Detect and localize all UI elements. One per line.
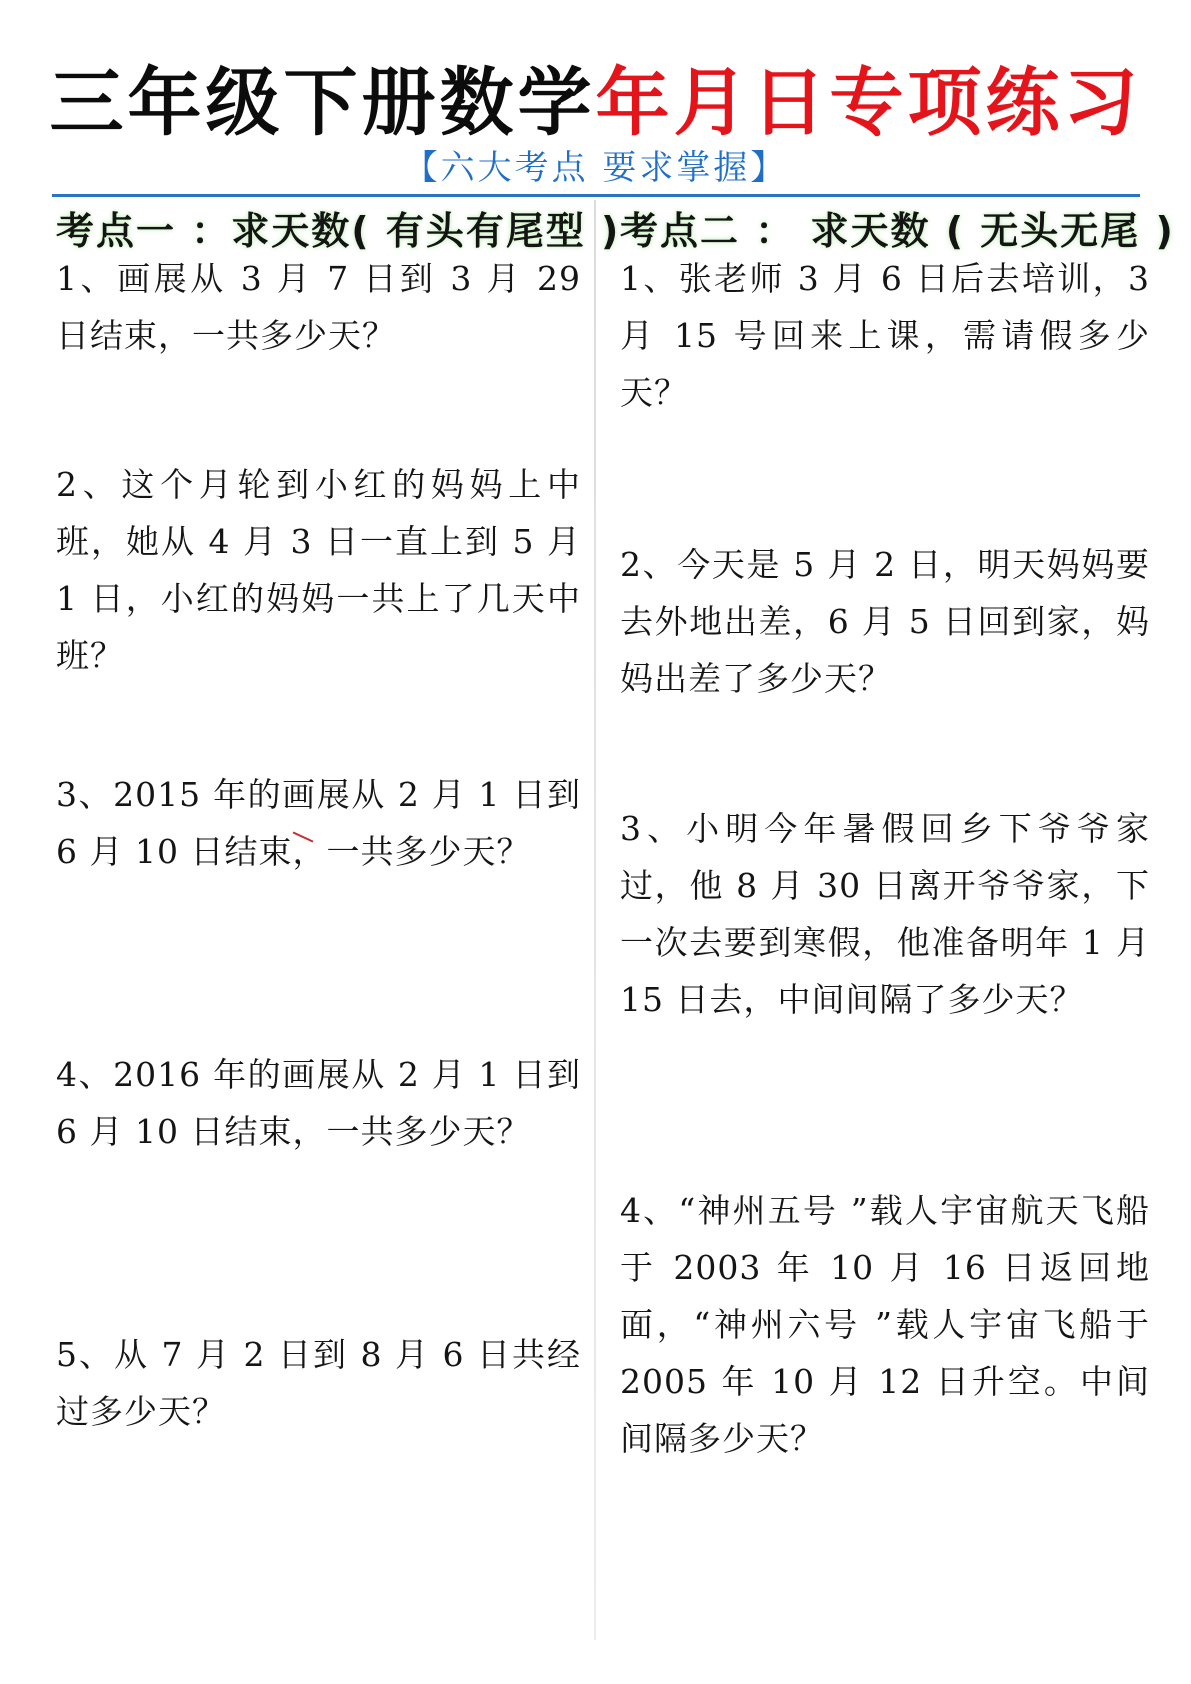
question-1-3: 3、2015 年的画展从 2 月 1 日到 6 月 10 日结束，一共多少天？: [56, 766, 581, 880]
question-2-2: 2、今天是 5 月 2 日，明天妈妈要去外地出差，6 月 5 日回到家，妈妈出差…: [620, 536, 1150, 707]
section-2-heading: 考点二 ： 求天数 ( 无头无尾 ): [620, 206, 1150, 256]
question-1-4: 4、2016 年的画展从 2 月 1 日到 6 月 10 日结束，一共多少天？: [56, 1046, 581, 1160]
title-red-part: 年月日专项练习: [596, 60, 1142, 146]
section-1-heading: 考点一 ：求天数( 有头有尾型 ): [56, 206, 581, 256]
page-subtitle: 【六大考点 要求掌握】: [0, 146, 1191, 190]
question-1-2: 2、这个月轮到小红的妈妈上中班，她从 4 月 3 日一直上到 5 月 1 日，小…: [56, 456, 581, 684]
question-2-3: 3、小明今年暑假回乡下爷爷家过，他 8 月 30 日离开爷爷家，下一次去要到寒假…: [620, 800, 1150, 1028]
question-2-4: 4、“神州五号 ”载人宇宙航天飞船于 2003 年 10 月 16 日返回地面，…: [620, 1182, 1150, 1467]
header-divider: [52, 194, 1140, 197]
section-1: 考点一 ：求天数( 有头有尾型 ) 1、画展从 3 月 7 日到 3 月 29 …: [56, 206, 581, 256]
column-divider: [594, 200, 596, 1640]
question-1-1: 1、画展从 3 月 7 日到 3 月 29 日结束，一共多少天？: [56, 250, 581, 364]
question-2-1: 1、张老师 3 月 6 日后去培训，3 月 15 号回来上课，需请假多少天？: [620, 250, 1150, 421]
section-2: 考点二 ： 求天数 ( 无头无尾 ) 1、张老师 3 月 6 日后去培训，3 月…: [620, 206, 1150, 256]
question-1-5: 5、从 7 月 2 日到 8 月 6 日共经过多少天？: [56, 1326, 581, 1440]
title-black-part: 三年级下册数学: [50, 60, 596, 146]
page-title: 三年级下册数学年月日专项练习: [0, 58, 1191, 148]
